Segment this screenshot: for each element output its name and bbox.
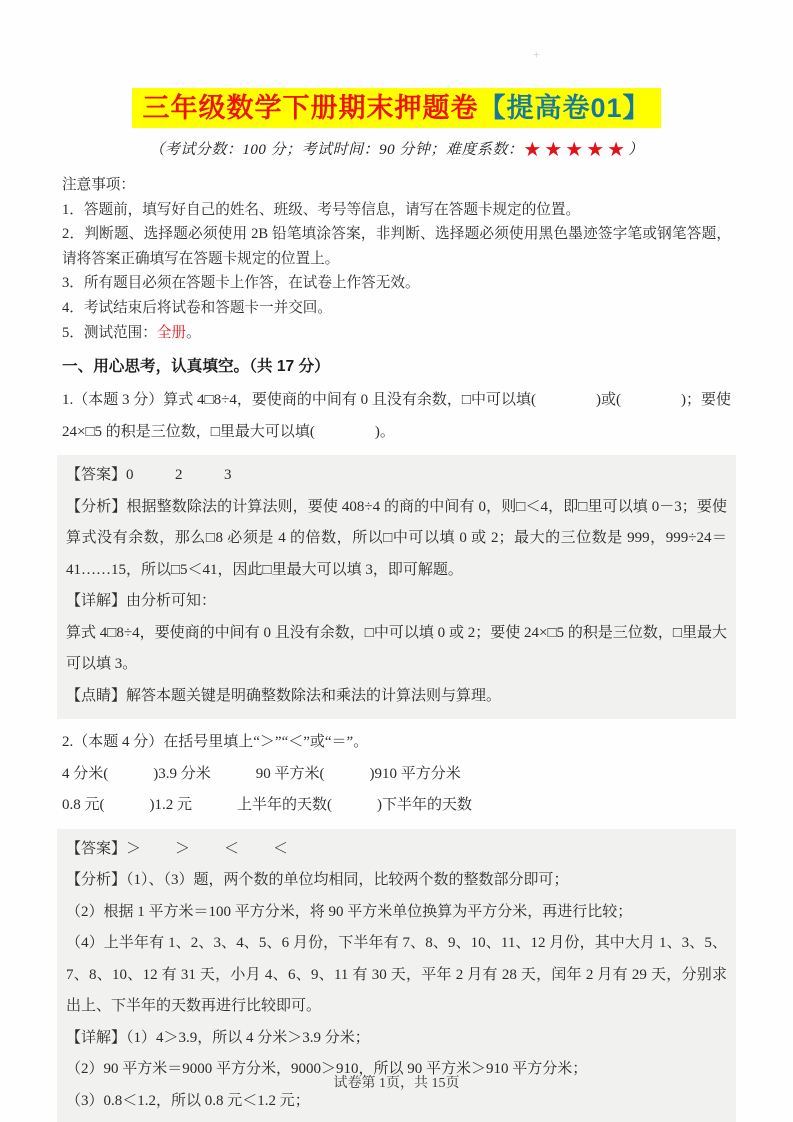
- question-1-detail-intro: 【详解】由分析可知：: [66, 586, 727, 618]
- title-wrap: 三年级数学下册期末押题卷【提高卷01】: [0, 0, 793, 128]
- page-title-main: 三年级数学下册期末押题卷: [142, 93, 478, 123]
- page-title: 三年级数学下册期末押题卷【提高卷01】: [132, 88, 660, 128]
- question-2-answer-line: 【答案】＞＞＜＜: [66, 834, 727, 866]
- question-2-row-2: 0.8 元( )1.2 元 上半年的天数( )下半年的天数: [62, 790, 731, 822]
- answer-value: ＞: [126, 834, 175, 866]
- note-item-5-suffix: 。: [186, 325, 201, 341]
- exam-meta-close: ）: [628, 142, 644, 158]
- exam-paper-page: + 三年级数学下册期末押题卷【提高卷01】 （考试分数：100 分；考试时间：9…: [0, 0, 793, 1122]
- question-1-answer-block: 【答案】023 【分析】根据整数除法的计算法则，要使 408÷4 的商的中间有 …: [57, 455, 736, 719]
- note-item-3: 3．所有题目必须在答题卡上作答，在试卷上作答无效。: [62, 271, 731, 296]
- note-item-4: 4．考试结束后将试卷和答题卡一并交回。: [62, 296, 731, 321]
- answer-value: 3: [224, 460, 273, 492]
- answer-value: ＜: [273, 834, 322, 866]
- exam-notes: 注意事项： 1．答题前，填写好自己的姓名、班级、考号等信息，请写在答题卡规定的位…: [62, 173, 731, 345]
- question-2-text: 2.（本题 4 分）在括号里填上“＞”“＜”或“＝”。: [62, 727, 731, 759]
- question-1-analysis: 【分析】根据整数除法的计算法则，要使 408÷4 的商的中间有 0，则□＜4，即…: [66, 492, 727, 587]
- note-item-1: 1．答题前，填写好自己的姓名、班级、考号等信息，请写在答题卡规定的位置。: [62, 198, 731, 223]
- answer-value: ＞: [175, 834, 224, 866]
- question-1-text: 1.（本题 3 分）算式 4□8÷4，要使商的中间有 0 且没有余数，□中可以填…: [62, 385, 731, 448]
- note-item-2: 2．判断题、选择题必须使用 2B 铅笔填涂答案，非判断、选择题必须使用黑色墨迹签…: [62, 222, 731, 271]
- question-2-analysis-3: （4）上半年有 1、2、3、4、5、6 月份，下半年有 7、8、9、10、11、…: [66, 928, 727, 1023]
- answer-label: 【答案】: [66, 841, 126, 857]
- answer-value: ＜: [224, 834, 273, 866]
- faint-corner-mark: +: [533, 48, 540, 61]
- question-1-detail-body: 算式 4□8÷4，要使商的中间有 0 且没有余数，□中可以填 0 或 2；要使 …: [66, 618, 727, 681]
- question-2-row-1: 4 分米( )3.9 分米 90 平方米( )910 平方分米: [62, 759, 731, 791]
- answer-value: 2: [175, 460, 224, 492]
- section-1-heading: 一、用心思考，认真填空。（共 17 分）: [62, 354, 731, 380]
- question-1-key-note: 【点睛】解答本题关键是明确整数除法和乘法的计算法则与算理。: [66, 681, 727, 713]
- page-footer: 试卷第 1页，共 15页: [0, 1072, 793, 1092]
- note-item-5-scope: 全册: [157, 325, 186, 341]
- answer-label: 【答案】: [66, 467, 126, 483]
- notes-heading: 注意事项：: [62, 173, 731, 198]
- difficulty-stars-icon: ★★★★★: [523, 139, 628, 161]
- question-2-analysis-2: （2）根据 1 平方米＝100 平方分米，将 90 平方米单位换算为平方分米，再…: [66, 897, 727, 929]
- question-2-analysis-1: 【分析】（1）、（3）题，两个数的单位均相同，比较两个数的整数部分即可；: [66, 865, 727, 897]
- question-2-detail-1: 【详解】（1）4＞3.9，所以 4 分米＞3.9 分米；: [66, 1023, 727, 1055]
- page-title-volume: 【提高卷01】: [478, 93, 650, 123]
- exam-meta-line: （考试分数：100 分；考试时间：90 分钟；难度系数：★★★★★）: [0, 137, 793, 162]
- exam-meta-text: （考试分数：100 分；考试时间：90 分钟；难度系数：: [149, 142, 523, 158]
- answer-value: 0: [126, 460, 175, 492]
- note-item-5-prefix: 5．测试范围：: [62, 325, 157, 341]
- note-item-5: 5．测试范围：全册。: [62, 321, 731, 346]
- question-1-answer-line: 【答案】023: [66, 460, 727, 492]
